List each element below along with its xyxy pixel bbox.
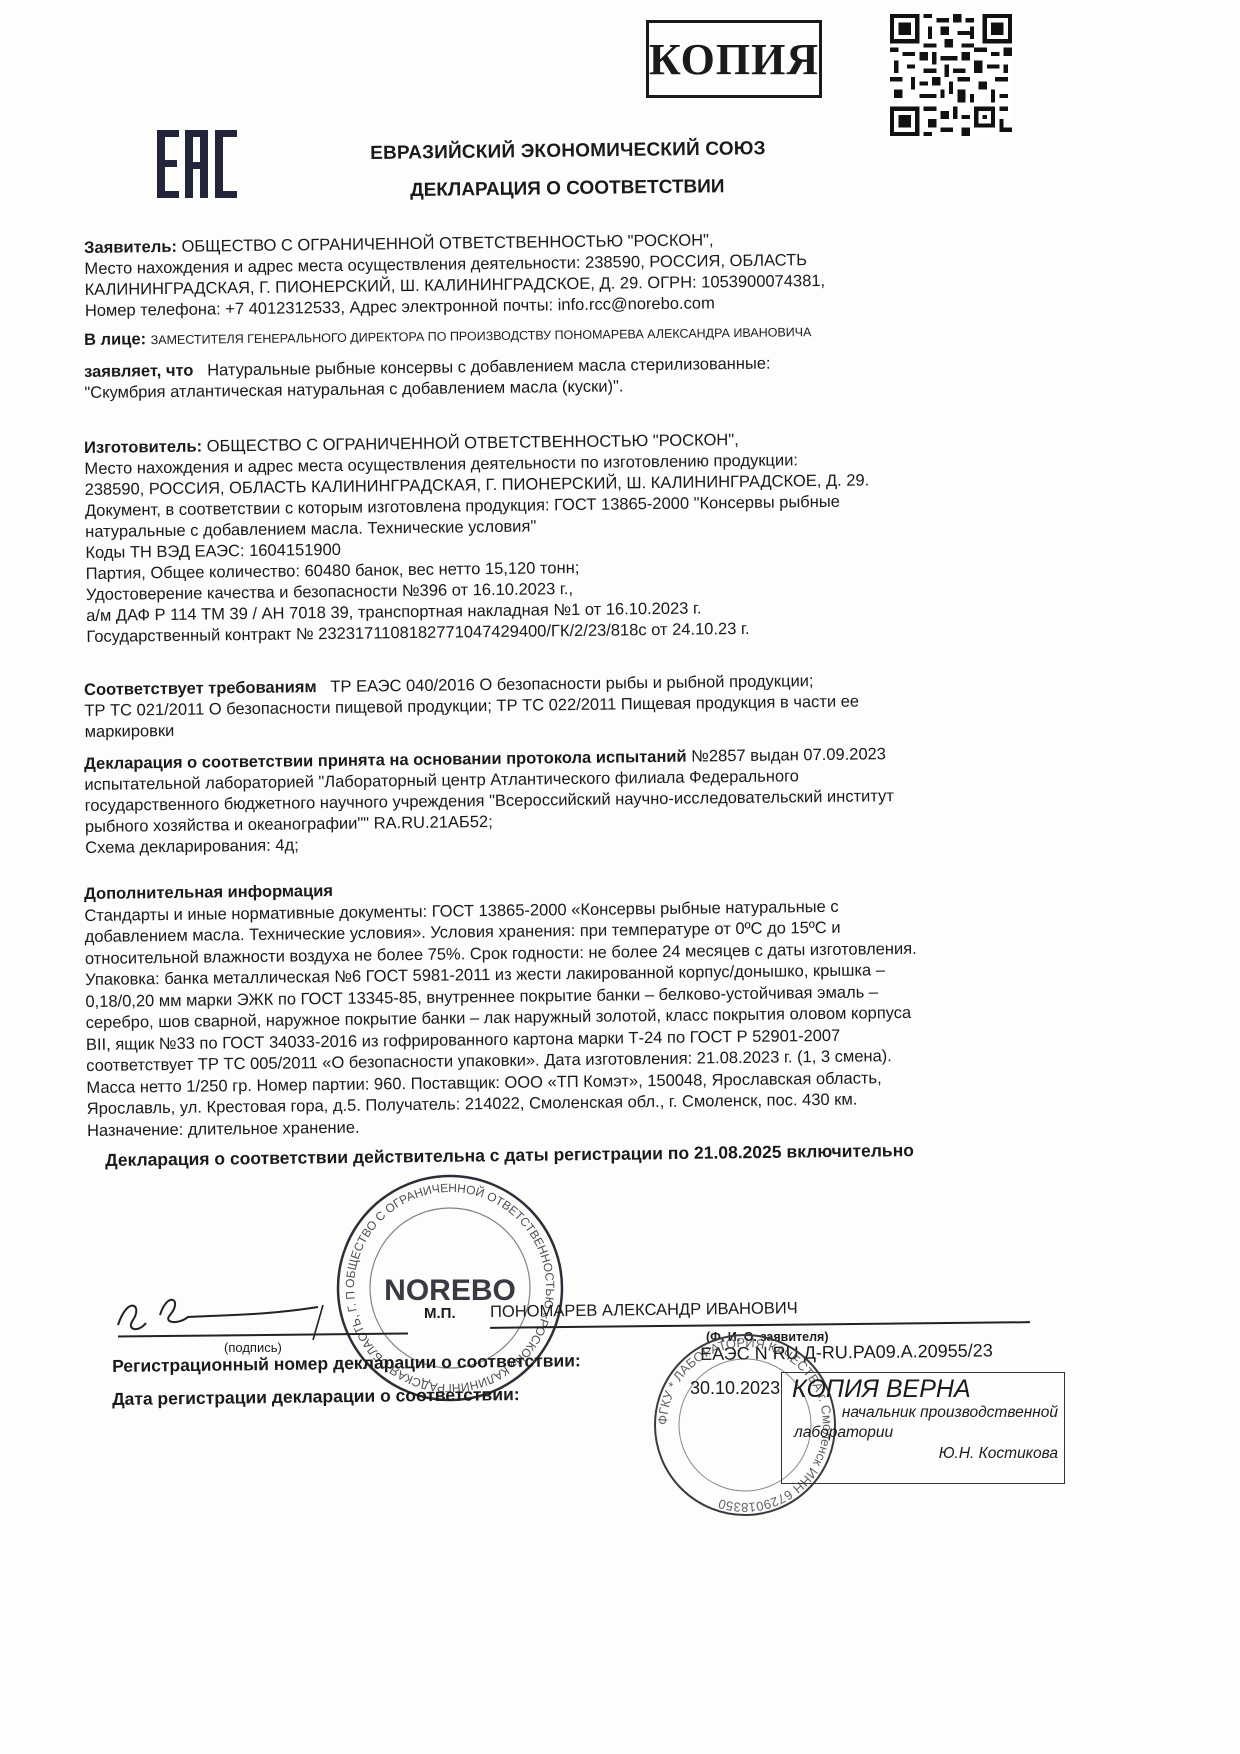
person-label: В лице: — [84, 330, 146, 349]
copy-certified-stamp: КОПИЯ ВЕРНА начальник производственной л… — [781, 1372, 1065, 1484]
copy-stamp-header: КОПИЯ — [646, 20, 822, 98]
applicant-name-line — [490, 1321, 1030, 1329]
validity-statement: Декларация о соответствии действительна … — [105, 1139, 1005, 1171]
additional-info-section: Дополнительная информация Стандарты и ин… — [84, 873, 987, 1142]
signature-caption: (подпись) — [224, 1340, 282, 1355]
applicant-section: Заявитель: ОБЩЕСТВО С ОГРАНИЧЕННОЙ ОТВЕТ… — [84, 227, 985, 322]
eac-logo-icon: EAC — [157, 130, 237, 198]
manufacturer-section: Изготовитель: ОБЩЕСТВО С ОГРАНИЧЕННОЙ ОТ… — [84, 427, 986, 648]
document-title: ДЕКЛАРАЦИЯ О СООТВЕТСТВИИ — [410, 176, 725, 202]
copy-certified-title: КОПИЯ ВЕРНА — [792, 1375, 1058, 1403]
seal-place-mark: М.П. — [424, 1305, 456, 1322]
union-title: ЕВРАЗИЙСКИЙ ЭКОНОМИЧЕСКИЙ СОЮЗ — [370, 138, 766, 165]
basis-section: Декларация о соответствии принята на осн… — [84, 743, 985, 859]
applicant-label: Заявитель: — [84, 238, 177, 257]
applicant-full-name: ПОНОМАРЕВ АЛЕКСАНДР ИВАНОВИЧ — [490, 1299, 798, 1322]
product-section: заявляет, что Натуральные рыбные консерв… — [84, 351, 984, 404]
requirements-section: Соответствует требованиям ТР ЕАЭС 040/20… — [84, 669, 985, 743]
certifier-role-line1: начальник производственной — [788, 1403, 1058, 1423]
protocol-number: №2857 выдан 07.09.2023 — [691, 745, 886, 765]
manufacturer-label: Изготовитель: — [84, 438, 202, 457]
person-value: ЗАМЕСТИТЕЛЯ ГЕНЕРАЛЬНОГО ДИРЕКТОРА ПО ПР… — [151, 325, 812, 347]
copy-stamp-text: КОПИЯ — [649, 34, 819, 85]
certifier-name: Ю.Н. Костикова — [788, 1443, 1058, 1465]
qr-code-icon — [890, 14, 1012, 136]
declares-label: заявляет, что — [84, 362, 194, 381]
certifier-role-line2: лаборатории — [794, 1423, 1058, 1443]
declaration-page: КОПИЯ EAC Е — [0, 0, 1240, 1754]
person-section: В лице: ЗАМЕСТИТЕЛЯ ГЕНЕРАЛЬНОГО ДИРЕКТО… — [84, 319, 984, 352]
validity-text: Декларация о соответствии действительна … — [105, 1139, 1005, 1171]
requirements-label: Соответствует требованиям — [84, 678, 317, 699]
